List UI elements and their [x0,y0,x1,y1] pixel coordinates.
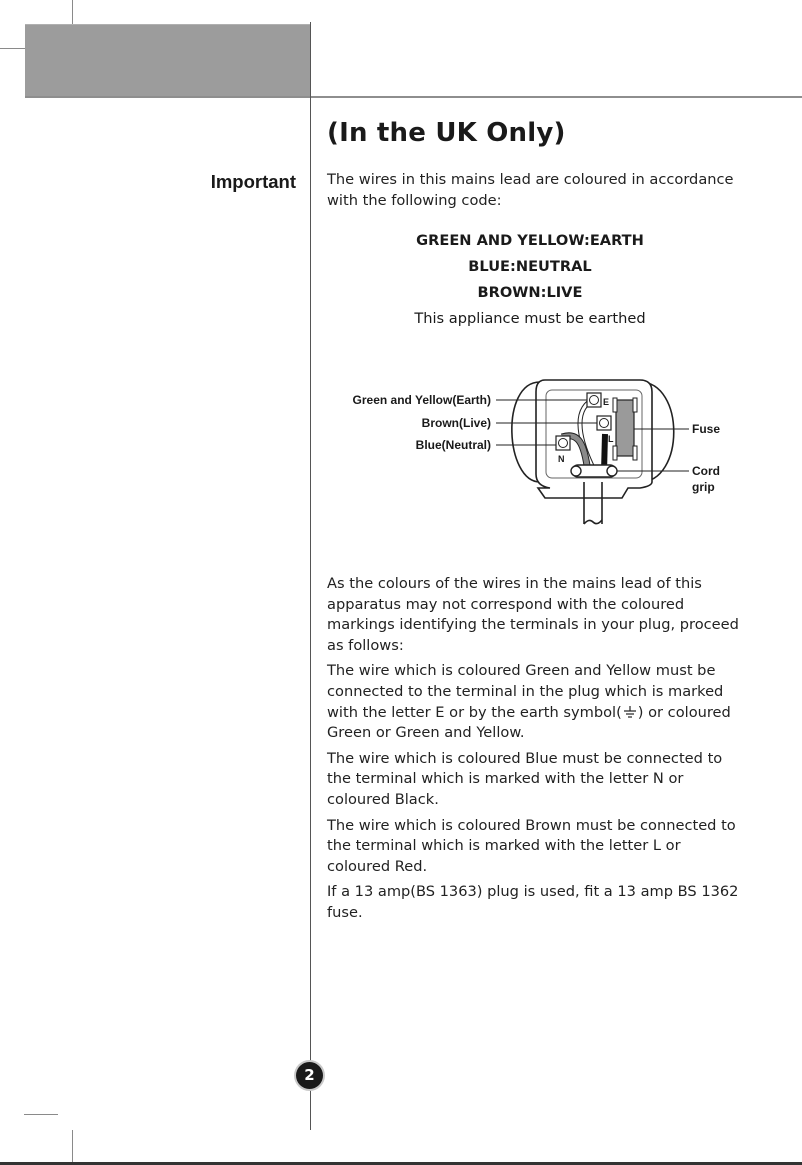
paragraph-neutral: The wire which is coloured Blue must be … [327,749,745,811]
page-number-badge: 2 [296,1062,323,1089]
crop-mark [72,1130,73,1163]
crop-mark [0,48,25,49]
terminal-live [597,416,611,430]
label-cord-grip-1: Cord [692,464,720,478]
label-neutral: Blue(Neutral) [416,438,491,452]
header-gray-block [25,24,310,98]
label-cord-grip-2: grip [692,480,715,494]
earth-note: This appliance must be earthed [327,306,733,332]
svg-text:L: L [608,434,614,444]
side-label-important: Important [211,171,296,193]
paragraph-earth: The wire which is coloured Green and Yel… [327,661,745,743]
label-fuse: Fuse [692,422,720,436]
crop-mark [72,0,73,24]
wire-code-earth: GREEN AND YELLOW:EARTH [327,228,733,254]
label-earth: Green and Yellow(Earth) [353,393,491,407]
terminal-earth [587,393,601,407]
fuse-icon [613,398,637,460]
label-live: Brown(Live) [422,416,491,430]
header-rule [25,96,802,98]
svg-text:N: N [558,454,565,464]
wire-code-neutral: BLUE:NEUTRAL [327,254,733,280]
intro-text: The wires in this mains lead are coloure… [327,170,747,211]
instructions: As the colours of the wires in the mains… [327,574,745,929]
paragraph-fuse: If a 13 amp(BS 1363) plug is used, fit a… [327,882,745,923]
paragraph-live: The wire which is coloured Brown must be… [327,816,745,878]
column-divider [310,22,311,1130]
cord-grip-icon [571,465,617,477]
wire-code-list: GREEN AND YELLOW:EARTH BLUE:NEUTRAL BROW… [327,228,733,332]
paragraph-intro: As the colours of the wires in the mains… [327,574,745,656]
page-title: (In the UK Only) [327,118,566,148]
wire-code-live: BROWN:LIVE [327,280,733,306]
svg-text:E: E [603,397,609,407]
earth-symbol-icon [622,706,638,718]
crop-mark [24,1114,58,1115]
plug-wiring-diagram: E L N Green and Yellow(Earth) Brown(Live… [340,372,740,532]
terminal-neutral [556,436,570,450]
